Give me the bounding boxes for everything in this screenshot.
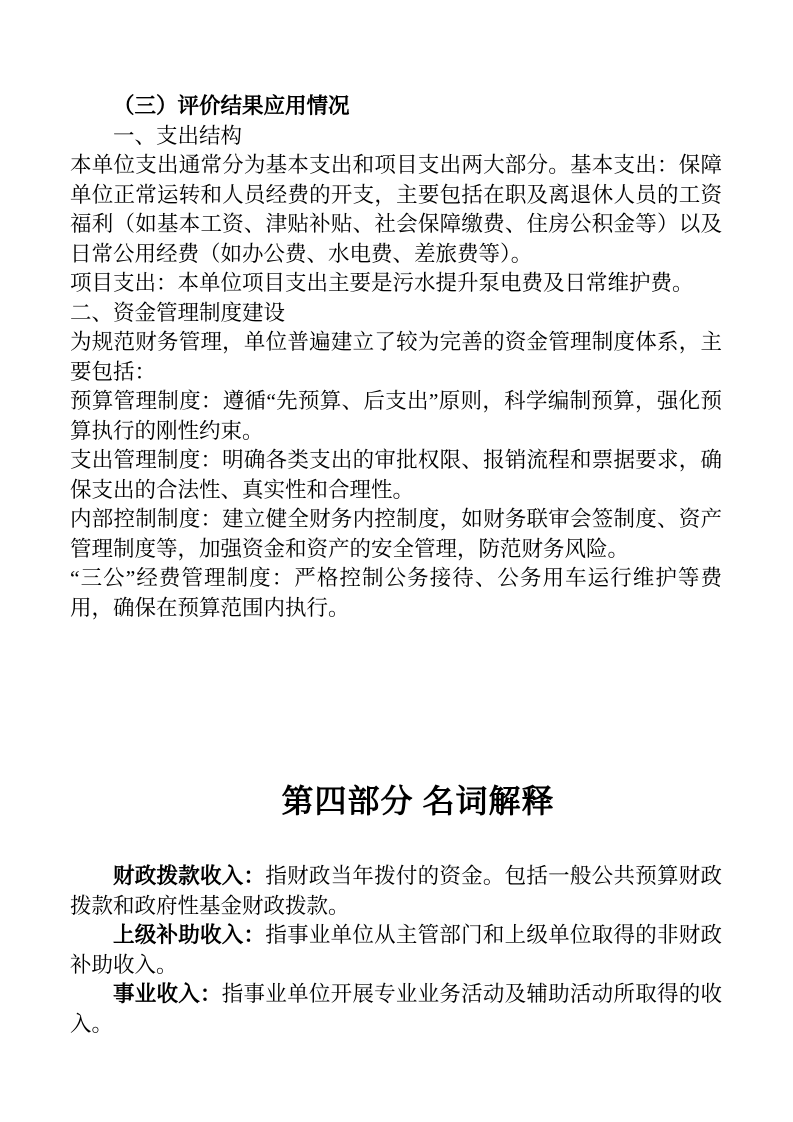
glossary-item: 财政拨款收入：指财政当年拨付的资金。包括一般公共预算财政拨款和政府性基金财政拨款… [70, 862, 722, 921]
term-label-operational-income: 事业收入： [113, 982, 222, 1006]
section-heading: （三）评价结果应用情况 [70, 92, 722, 122]
para-sangong-system: “三公”经费管理制度：严格控制公务接待、公务用车运行维护等费用，确保在预算范围内… [70, 564, 722, 623]
para-internal-control: 内部控制制度：建立健全财务内控制度，如财务联审会签制度、资产管理制度等，加强资金… [70, 505, 722, 564]
para-budget-system: 预算管理制度：遵循“先预算、后支出”原则，科学编制预算，强化预算执行的刚性约束。 [70, 387, 722, 446]
document-page: （三）评价结果应用情况 一、支出结构 本单位支出通常分为基本支出和项目支出两大部… [0, 0, 793, 1122]
glossary-item: 上级补助收入：指事业单位从主管部门和上级单位取得的非财政补助收入。 [70, 921, 722, 980]
section-eval-results: （三）评价结果应用情况 一、支出结构 本单位支出通常分为基本支出和项目支出两大部… [70, 92, 722, 623]
para-fund-system-intro: 为规范财务管理，单位普遍建立了较为完善的资金管理制度体系，主要包括： [70, 328, 722, 387]
term-label-fiscal-appropriation-income: 财政拨款收入： [113, 864, 265, 888]
para-expenditure-overview: 本单位支出通常分为基本支出和项目支出两大部分。基本支出：保障单位正常运转和人员经… [70, 151, 722, 269]
part-four-title: 第四部分 名词解释 [70, 779, 722, 823]
term-label-superior-subsidy-income: 上级补助收入： [113, 923, 265, 947]
glossary: 财政拨款收入：指财政当年拨付的资金。包括一般公共预算财政拨款和政府性基金财政拨款… [70, 862, 722, 1039]
subheading-expenditure-structure: 一、支出结构 [70, 122, 722, 152]
glossary-item: 事业收入：指事业单位开展专业业务活动及辅助活动所取得的收入。 [70, 980, 722, 1039]
para-project-expenditure: 项目支出：本单位项目支出主要是污水提升泵电费及日常维护费。 [70, 269, 722, 299]
para-expenditure-system: 支出管理制度：明确各类支出的审批权限、报销流程和票据要求，确保支出的合法性、真实… [70, 446, 722, 505]
subheading-fund-management: 二、资金管理制度建设 [70, 299, 722, 329]
